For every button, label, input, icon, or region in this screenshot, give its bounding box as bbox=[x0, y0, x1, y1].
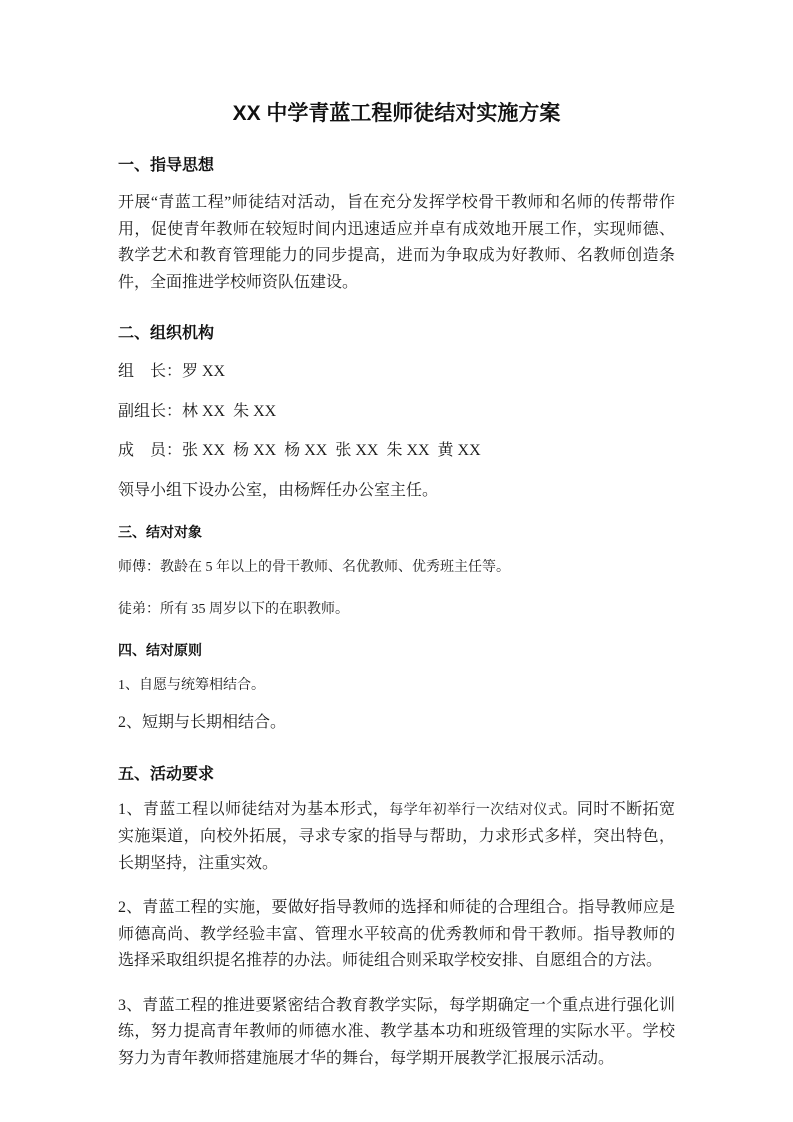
org-members-line: 成 员：张 XX 杨 XX 杨 XX 张 XX 朱 XX 黄 XX bbox=[118, 438, 675, 465]
document-title: XX 中学青蓝工程师徒结对实施方案 bbox=[118, 100, 675, 128]
mentor-definition-line: 师傅：教龄在 5 年以上的骨干教师、名优教师、优秀班主任等。 bbox=[118, 556, 675, 580]
section-heading-activity-requirements: 五、活动要求 bbox=[118, 763, 675, 787]
section-heading-pairing-targets: 三、结对对象 bbox=[118, 521, 675, 543]
requirement-item-1-part-1: 1、青蓝工程以师徒结对为基本形式， bbox=[118, 801, 389, 818]
section-heading-pairing-principles: 四、结对原则 bbox=[118, 639, 675, 661]
requirement-item-3: 3、青蓝工程的推进要紧密结合教育教学实际，每学期确定一个重点进行强化训练，努力提… bbox=[118, 993, 675, 1073]
principle-item-2: 2、短期与长期相结合。 bbox=[118, 710, 675, 737]
org-office-line: 领导小组下设办公室，由杨辉任办公室主任。 bbox=[118, 478, 675, 505]
section-heading-organization: 二、组织机构 bbox=[118, 322, 675, 346]
org-deputy-leader-line: 副组长：林 XX 朱 XX bbox=[118, 399, 675, 426]
section-heading-guiding-ideology: 一、指导思想 bbox=[118, 154, 675, 178]
apprentice-definition-line: 徒弟：所有 35 周岁以下的在职教师。 bbox=[118, 598, 675, 622]
requirement-item-2: 2、青蓝工程的实施，要做好指导教师的选择和师徒的合理组合。指导教师应是师德高尚、… bbox=[118, 895, 675, 975]
document-page: XX 中学青蓝工程师徒结对实施方案 一、指导思想 开展“青蓝工程”师徒结对活动，… bbox=[0, 0, 793, 1122]
org-leader-line: 组 长：罗 XX bbox=[118, 359, 675, 386]
principle-item-1: 1、自愿与统筹相结合。 bbox=[118, 674, 675, 698]
paragraph-guiding-ideology: 开展“青蓝工程”师徒结对活动，旨在充分发挥学校骨干教师和名师的传帮带作用，促使青… bbox=[118, 190, 675, 296]
requirement-item-1-part-2-small: 每学年初举行一次结对仪式。 bbox=[389, 803, 577, 818]
requirement-item-1: 1、青蓝工程以师徒结对为基本形式，每学年初举行一次结对仪式。同时不断拓宽实施渠道… bbox=[118, 797, 675, 878]
